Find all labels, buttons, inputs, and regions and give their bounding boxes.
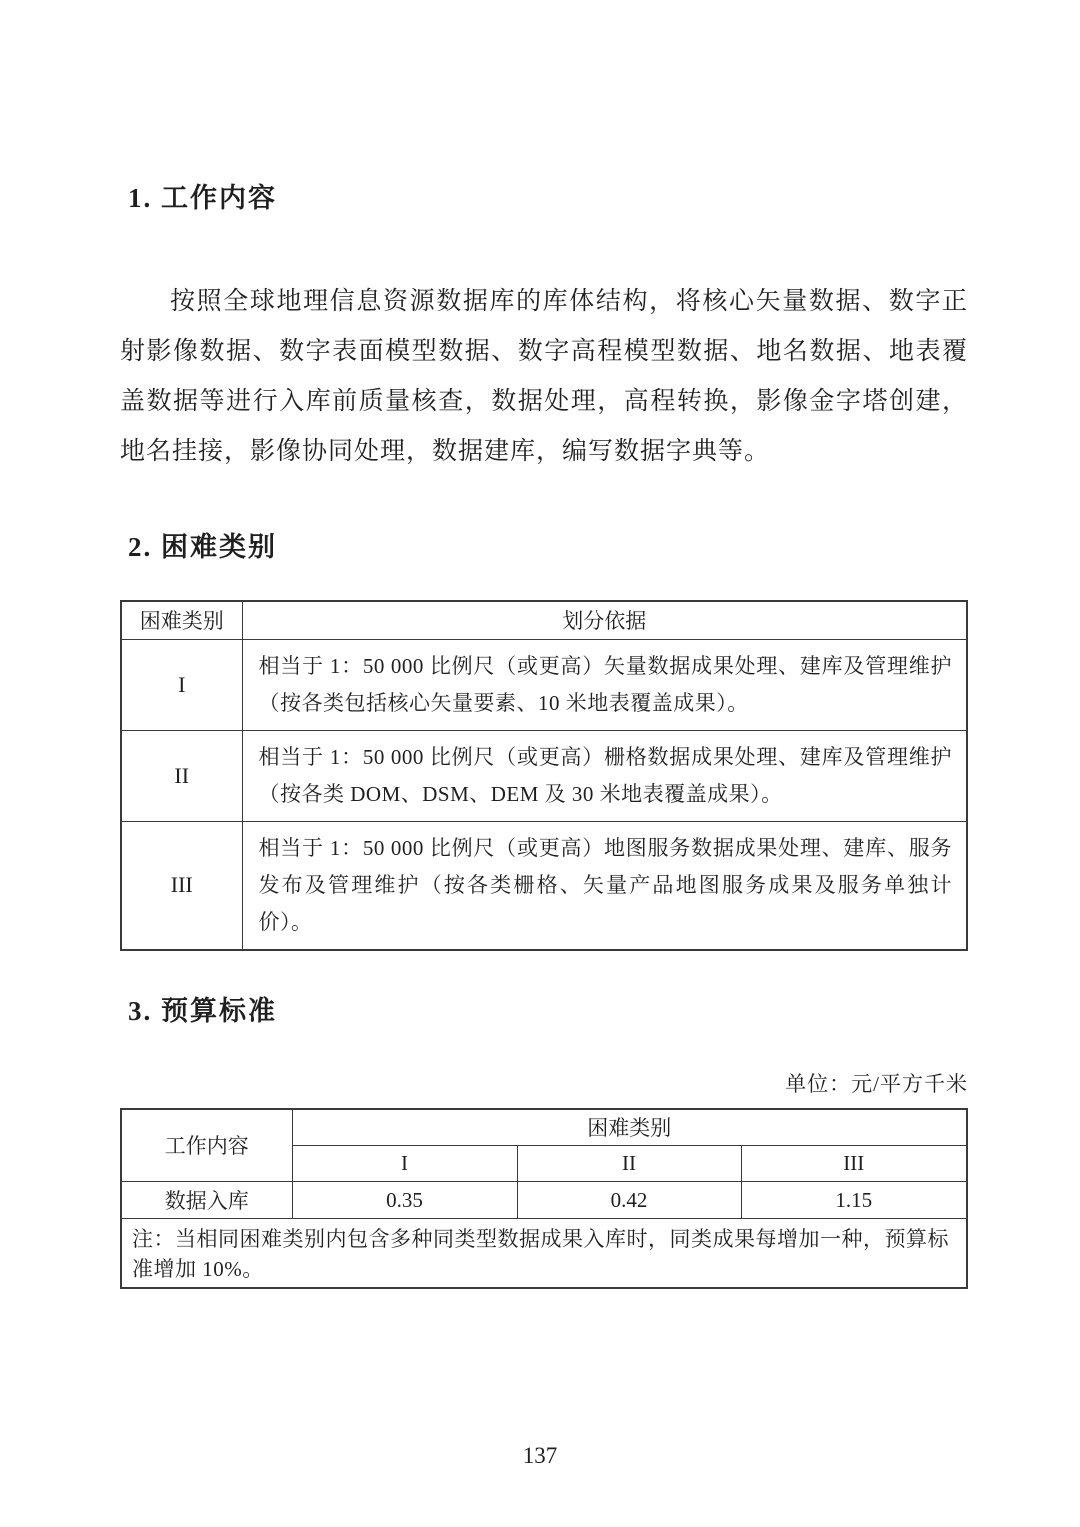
basis-cell-2: 相当于 1：50 000 比例尺（或更高）栅格数据成果处理、建库及管理维护（按各…	[242, 730, 967, 821]
division-basis-header: 划分依据	[242, 601, 967, 639]
page-number: 137	[0, 1443, 1080, 1469]
category-cell-1: I	[121, 639, 242, 730]
difficulty-category-table: 困难类别 划分依据 I 相当于 1：50 000 比例尺（或更高）矢量数据成果处…	[120, 600, 968, 951]
basis-cell-3: 相当于 1：50 000 比例尺（或更高）地图服务数据成果处理、建库、服务发布及…	[242, 821, 967, 950]
class-header-1: I	[292, 1146, 517, 1182]
class-header-2: II	[517, 1146, 741, 1182]
table-note-row: 注：当相同困难类别内包含多种同类型数据成果入库时，同类成果每增加一种，预算标准增…	[121, 1219, 967, 1289]
class-header-3: III	[741, 1146, 967, 1182]
work-content-header: 工作内容	[121, 1109, 292, 1182]
budget-standard-table: 工作内容 困难类别 I II III 数据入库 0.35 0.42 1.15 注…	[120, 1108, 968, 1290]
section-heading-difficulty-category: 2. 困难类别	[128, 525, 968, 564]
basis-cell-1: 相当于 1：50 000 比例尺（或更高）矢量数据成果处理、建库及管理维护（按各…	[242, 639, 967, 730]
table-note: 注：当相同困难类别内包含多种同类型数据成果入库时，同类成果每增加一种，预算标准增…	[121, 1219, 967, 1289]
value-class-1: 0.35	[292, 1182, 517, 1219]
table-header-row: 工作内容 困难类别	[121, 1109, 967, 1146]
value-class-3: 1.15	[741, 1182, 967, 1219]
page-content: 1. 工作内容 按照全球地理信息资源数据库的库体结构，将核心矢量数据、数字正射影…	[120, 0, 968, 1289]
category-cell-2: II	[121, 730, 242, 821]
section-heading-budget-standard: 3. 预算标准	[128, 989, 968, 1028]
table-row: I 相当于 1：50 000 比例尺（或更高）矢量数据成果处理、建库及管理维护（…	[121, 639, 967, 730]
value-class-2: 0.42	[517, 1182, 741, 1219]
difficulty-category-header: 困难类别	[121, 601, 242, 639]
table-row: II 相当于 1：50 000 比例尺（或更高）栅格数据成果处理、建库及管理维护…	[121, 730, 967, 821]
table-header-row: 困难类别 划分依据	[121, 601, 967, 639]
unit-label: 单位：元/平方千米	[120, 1068, 968, 1098]
document-page: 1. 工作内容 按照全球地理信息资源数据库的库体结构，将核心矢量数据、数字正射影…	[0, 0, 1080, 1527]
table-row: III 相当于 1：50 000 比例尺（或更高）地图服务数据成果处理、建库、服…	[121, 821, 967, 950]
table-row: 数据入库 0.35 0.42 1.15	[121, 1182, 967, 1219]
work-content-paragraph: 按照全球地理信息资源数据库的库体结构，将核心矢量数据、数字正射影像数据、数字表面…	[120, 277, 968, 477]
data-entry-label: 数据入库	[121, 1182, 292, 1219]
section-heading-work-content: 1. 工作内容	[128, 176, 968, 215]
category-cell-3: III	[121, 821, 242, 950]
difficulty-group-header: 困难类别	[292, 1109, 967, 1146]
